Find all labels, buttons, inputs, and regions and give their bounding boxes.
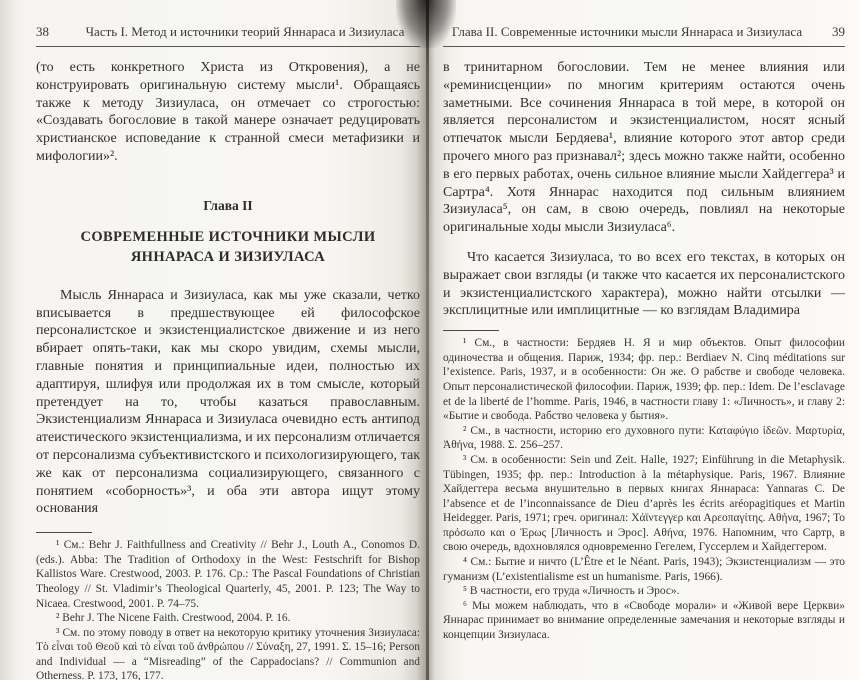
footnote: ⁵ В частности, его труда «Личность и Эро… — [443, 584, 845, 599]
footnotes-right: ¹ См., в частности: Бердяев Н. Я и мир о… — [443, 336, 845, 642]
body-paragraph-left: Мысль Яннараса и Зизиуласа, как мы уже с… — [36, 287, 420, 518]
page-number-right: 39 — [811, 24, 845, 40]
running-header-right: Глава II. Современные источники мысли Ян… — [443, 24, 845, 47]
paragraph-continuation-left: (то есть конкретного Христа из Откровени… — [36, 59, 420, 166]
page-number-left: 38 — [36, 24, 70, 40]
footnote: ¹ См., в частности: Бердяев Н. Я и мир о… — [443, 336, 845, 424]
footnote: ⁴ См.: Бытие и ничто (L’Être et le Néant… — [443, 555, 845, 584]
chapter-title: СОВРЕМЕННЫЕ ИСТОЧНИКИ МЫСЛИ ЯННАРАСА И З… — [36, 227, 420, 267]
right-page-content: Глава II. Современные источники мысли Ян… — [443, 24, 845, 643]
running-title-right: Глава II. Современные источники мысли Ян… — [443, 24, 811, 40]
footnote: ² Behr J. The Nicene Faith. Crestwood, 2… — [36, 611, 420, 626]
footnote: ³ См. по этому поводу в ответ на некотор… — [36, 626, 420, 680]
left-page: 38 Часть I. Метод и источники теорий Янн… — [0, 0, 424, 680]
book-scan: 38 Часть I. Метод и источники теорий Янн… — [0, 0, 859, 680]
footnotes-left: ¹ См.: Behr J. Faithfullness and Creativ… — [36, 538, 420, 680]
right-page: Глава II. Современные источники мысли Ян… — [424, 0, 859, 680]
chapter-title-line2: ЯННАРАСА И ЗИЗИУЛАСА — [36, 247, 420, 267]
running-header-left: 38 Часть I. Метод и источники теорий Янн… — [36, 24, 420, 47]
body-paragraph-right: Что касается Зизиуласа, то во всех его т… — [443, 249, 845, 320]
footnote-separator-right — [443, 330, 499, 331]
footnote: ¹ См.: Behr J. Faithfullness and Creativ… — [36, 538, 420, 611]
chapter-label: Глава II — [36, 198, 420, 214]
footnote: ⁶ Мы можем наблюдать, что в «Свободе мор… — [443, 599, 845, 643]
footnote: ³ См. в особенности: Sein und Zeit. Hall… — [443, 453, 845, 555]
footnote-separator-left — [36, 532, 92, 533]
chapter-heading: Глава II СОВРЕМЕННЫЕ ИСТОЧНИКИ МЫСЛИ ЯНН… — [36, 198, 420, 267]
running-title-left: Часть I. Метод и источники теорий Яннара… — [70, 24, 420, 40]
paragraph-continuation-right: в тринитарном богословии. Тем не менее в… — [443, 59, 845, 237]
chapter-title-line1: СОВРЕМЕННЫЕ ИСТОЧНИКИ МЫСЛИ — [36, 227, 420, 247]
footnote: ² См., в частности, историю его духовног… — [443, 424, 845, 453]
left-page-content: 38 Часть I. Метод и источники теорий Янн… — [36, 24, 420, 680]
